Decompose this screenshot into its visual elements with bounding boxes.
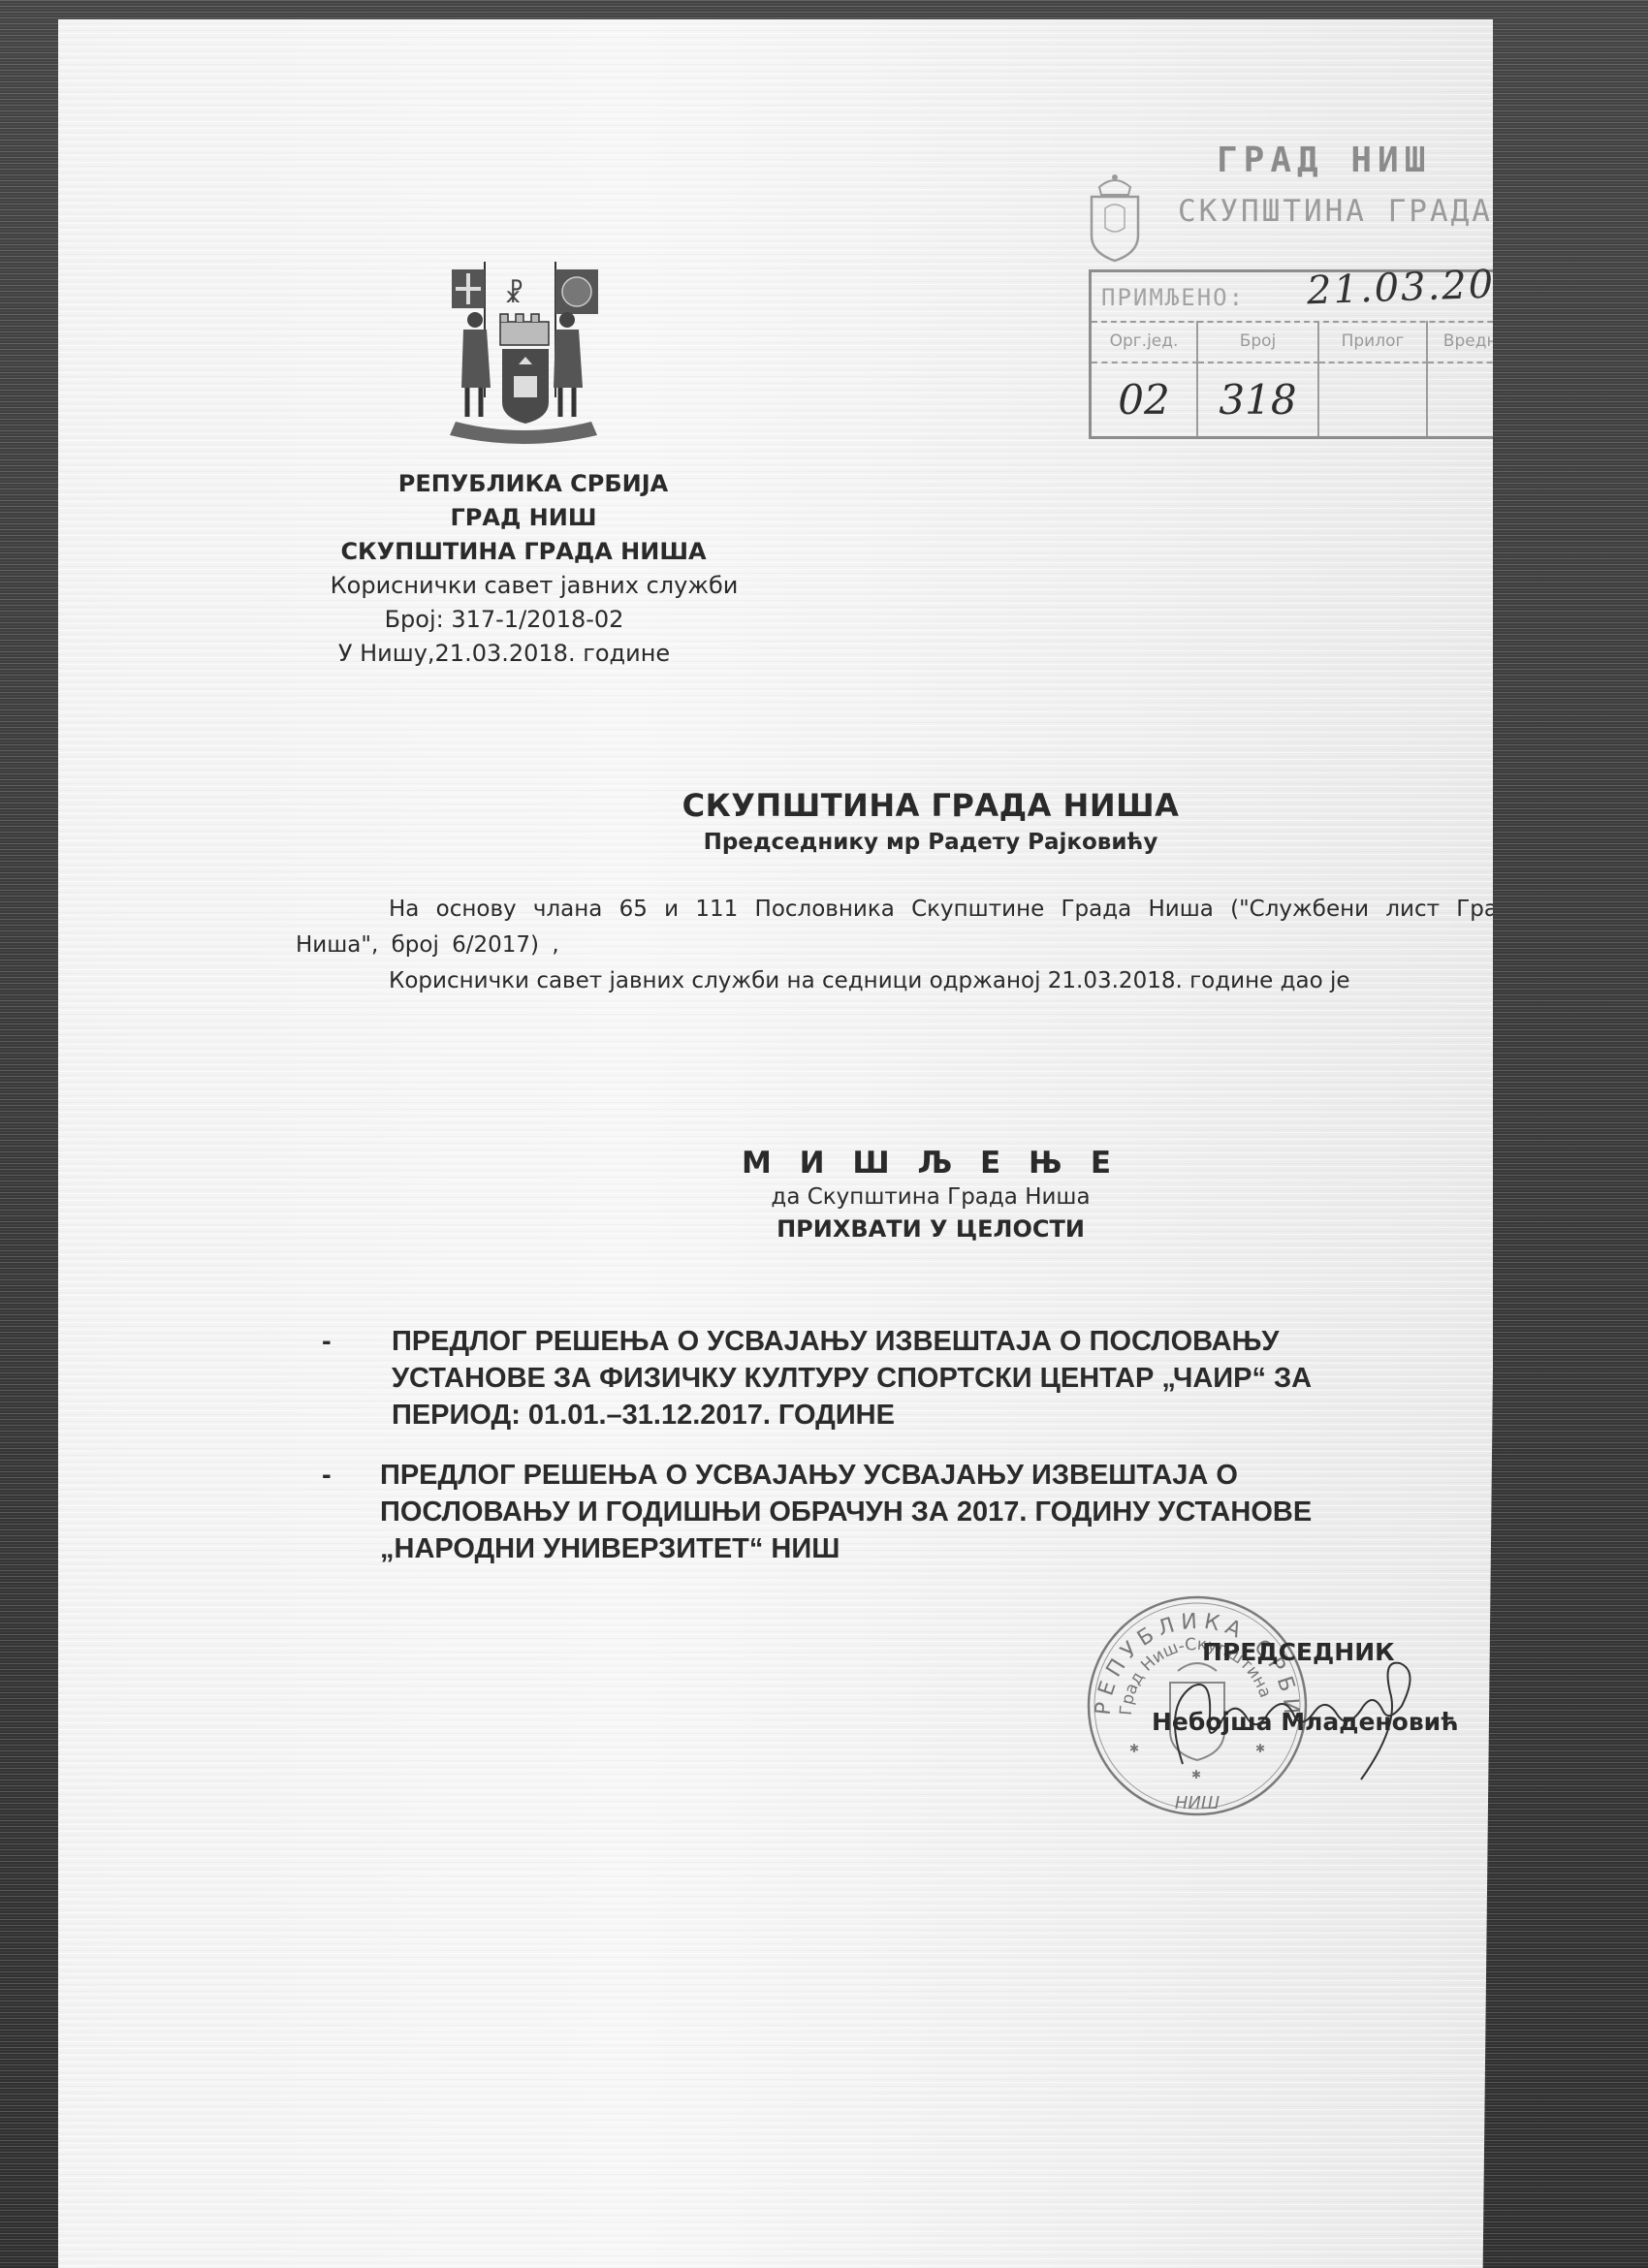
header-assembly: СКУПШТИНА ГРАДА НИША	[281, 535, 766, 569]
issuer-header: РЕПУБЛИКА СРБИЈА ГРАД НИШ СКУПШТИНА ГРАД…	[281, 467, 766, 671]
opinion-verdict: ПРИХВАТИ У ЦЕЛОСТИ	[427, 1215, 1435, 1243]
document-page: ☧ ГРАД НИШ СКУПШТИНА ГРАДА ПРИМЉЕНО: 21.…	[58, 19, 1493, 2268]
stamp-title-city: ГРАД НИШ	[1217, 141, 1431, 180]
header-republic: РЕПУБЛИКА СРБИЈА	[301, 467, 766, 501]
list-bullet: -	[320, 1457, 380, 1567]
header-council: Кориснички савет јавних служби	[302, 569, 766, 603]
stamp-grid: Орг.јед. Број Прилог Вредност 02 318	[1092, 321, 1541, 436]
recipient-block: СКУПШТИНА ГРАДА НИША Председнику мр Раде…	[427, 787, 1435, 855]
body-paragraph-session: Кориснички савет јавних служби на седниц…	[296, 963, 1527, 999]
stamp-org-unit-value: 02	[1092, 363, 1198, 436]
list-item: - ПРЕДЛОГ РЕШЕЊА О УСВАЈАЊУ УСВАЈАЊУ ИЗВ…	[320, 1457, 1483, 1567]
list-item: - ПРЕДЛОГ РЕШЕЊА О УСВАЈАЊУ ИЗВЕШТАЈА О …	[320, 1323, 1483, 1433]
recipient-addressee: Председнику мр Радету Рајковићу	[427, 830, 1435, 855]
stamp-received-row: ПРИМЉЕНО: 21.03.2018	[1092, 272, 1541, 323]
stamp-col-org-unit: Орг.јед.	[1092, 321, 1198, 363]
list-item-text: ПРЕДЛОГ РЕШЕЊА О УСВАЈАЊУ УСВАЈАЊУ ИЗВЕШ…	[380, 1457, 1398, 1567]
opinion-subtitle: да Скупштина Града Ниша	[427, 1184, 1435, 1210]
header-place-date: У Нишу,21.03.2018. године	[242, 637, 766, 671]
signatory-name: Небојша Младеновић	[1152, 1708, 1459, 1736]
stamp-received-label: ПРИМЉЕНО:	[1101, 284, 1245, 311]
header-city: ГРАД НИШ	[281, 501, 766, 535]
stamp-number-value: 318	[1198, 363, 1319, 436]
recipient-title: СКУПШТИНА ГРАДА НИША	[427, 787, 1435, 824]
body-text: На основу члана 65 и 111 Пословника Скуп…	[296, 892, 1527, 999]
header-reference-number: Број: 317-1/2018-02	[242, 603, 766, 637]
body-paragraph-legal-basis: На основу члана 65 и 111 Пословника Скуп…	[296, 892, 1527, 963]
serbian-coat-of-arms-icon	[1086, 170, 1144, 267]
opinion-title: М И Ш Љ Е Њ Е	[427, 1146, 1435, 1181]
list-bullet: -	[320, 1323, 392, 1433]
stamp-col-attachment: Прилог	[1319, 321, 1428, 363]
proposal-list: - ПРЕДЛОГ РЕШЕЊА О УСВАЈАЊУ ИЗВЕШТАЈА О …	[320, 1323, 1483, 1567]
signatory-role: ПРЕДСЕДНИК	[1202, 1638, 1395, 1666]
opinion-heading: М И Ш Љ Е Њ Е да Скупштина Града Ниша ПР…	[427, 1146, 1435, 1243]
stamp-title-assembly: СКУПШТИНА ГРАДА	[1178, 194, 1493, 229]
list-item-text: ПРЕДЛОГ РЕШЕЊА О УСВАЈАЊУ ИЗВЕШТАЈА О ПО…	[392, 1323, 1410, 1433]
svg-text:☧: ☧	[504, 279, 523, 309]
svg-text:✱: ✱	[1129, 1742, 1139, 1755]
stamp-attachment-value	[1319, 363, 1428, 436]
stamp-col-number: Број	[1198, 321, 1319, 363]
svg-text:НИШ: НИШ	[1175, 1793, 1220, 1813]
registry-stamp: ПРИМЉЕНО: 21.03.2018 Орг.јед. Број Прило…	[1089, 269, 1544, 439]
city-coat-of-arms-icon: ☧	[427, 252, 620, 451]
